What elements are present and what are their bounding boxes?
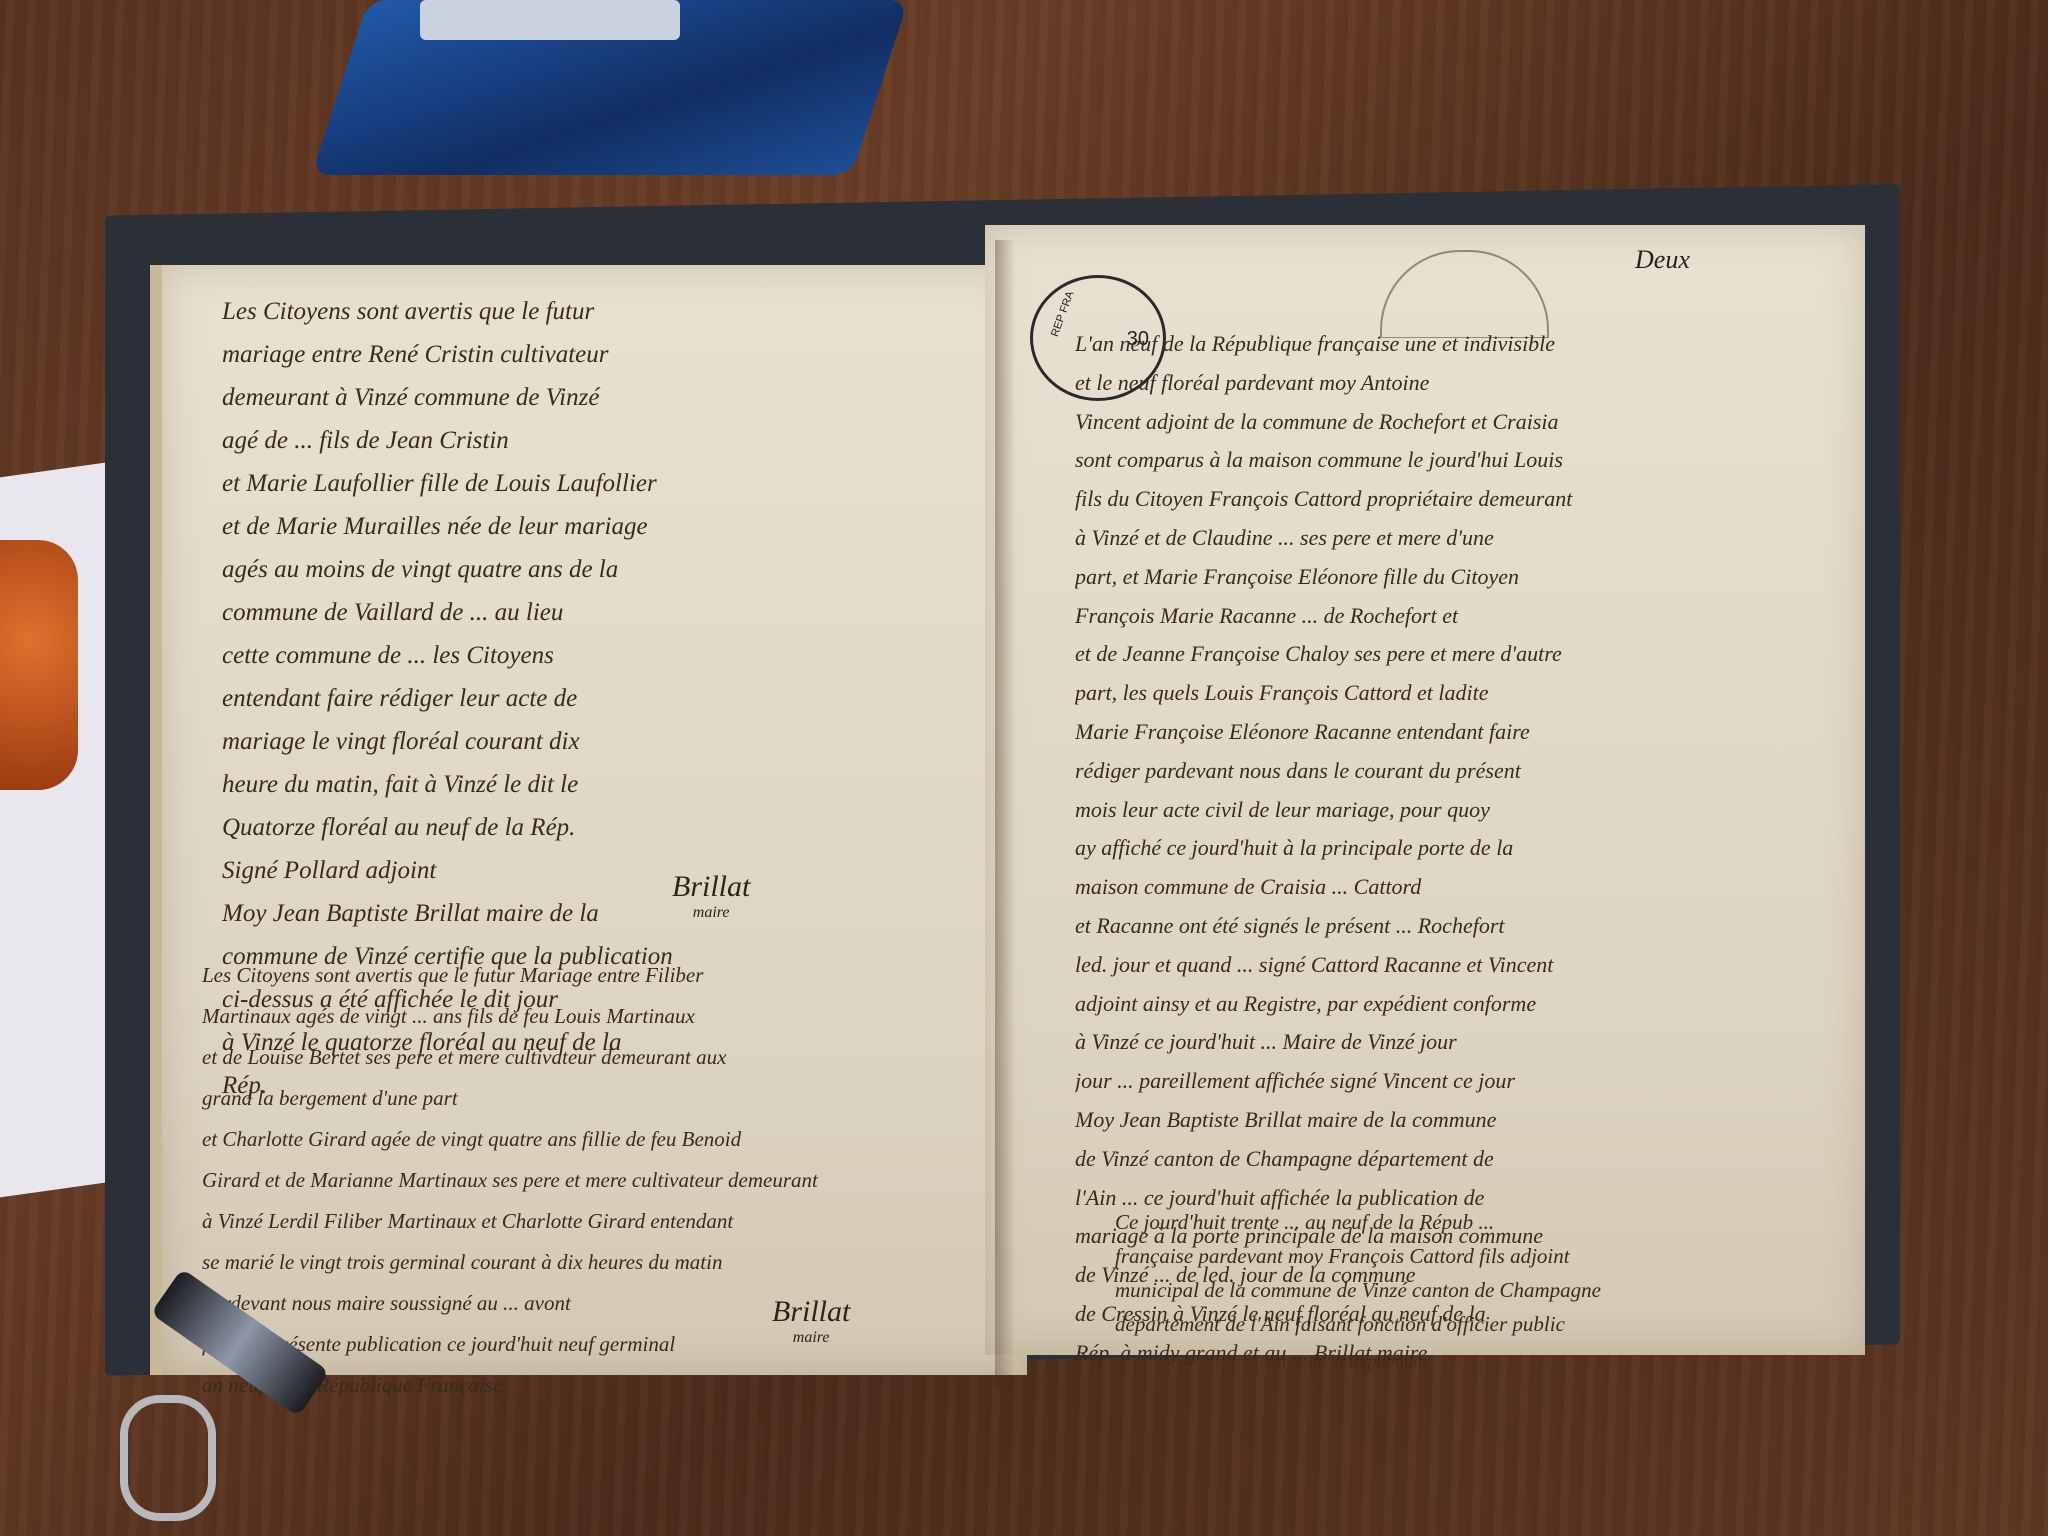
text-line: et Charlotte Girard agée de vingt quatre… bbox=[202, 1119, 987, 1160]
text-line: agé de ... fils de Jean Cristin bbox=[222, 419, 987, 462]
text-line: rédiger pardevant nous dans le courant d… bbox=[1075, 752, 1835, 791]
text-line: et Marie Laufollier fille de Louis Laufo… bbox=[222, 462, 987, 505]
text-line: Vincent adjoint de la commune de Rochefo… bbox=[1075, 403, 1835, 442]
text-line: maison commune de Craisia ... Cattord bbox=[1075, 868, 1835, 907]
text-line: Martinaux agés de vingt ... ans fils de … bbox=[202, 996, 987, 1037]
clip-metal bbox=[420, 0, 680, 40]
text-line: jour ... pareillement affichée signé Vin… bbox=[1075, 1062, 1835, 1101]
text-line: demeurant à Vinzé commune de Vinzé bbox=[222, 376, 987, 419]
text-line: municipal de la commune de Vinzé canton … bbox=[1115, 1273, 1855, 1307]
text-line: heure du matin, fait à Vinzé le dit le bbox=[222, 763, 987, 806]
text-line: part, les quels Louis François Cattord e… bbox=[1075, 674, 1835, 713]
text-line: mariage le vingt floréal courant dix bbox=[222, 720, 987, 763]
text-line: François Marie Racanne ... de Rochefort … bbox=[1075, 597, 1835, 636]
text-line: Moy Jean Baptiste Brillat maire de la co… bbox=[1075, 1101, 1835, 1140]
text-line: Moy Jean Baptiste Brillat maire de la bbox=[222, 892, 987, 935]
text-line: adjoint ainsy et au Registre, par expédi… bbox=[1075, 985, 1835, 1024]
text-line: et Racanne ont été signés le présent ...… bbox=[1075, 907, 1835, 946]
text-line: département de l'Ain faisant fonction d'… bbox=[1115, 1307, 1855, 1341]
text-line: L'an neuf de la République française une… bbox=[1075, 325, 1835, 364]
text-line: ay affiché ce jourd'huit à la principale… bbox=[1075, 829, 1835, 868]
text-line: de Vinzé canton de Champagne département… bbox=[1075, 1140, 1835, 1179]
page-marker: Deux bbox=[1635, 245, 1690, 275]
text-line: à Vinzé Lerdil Filiber Martinaux et Char… bbox=[202, 1201, 987, 1242]
right-entry-2: Ce jourd'huit trente ... au neuf de la R… bbox=[1115, 1205, 1855, 1341]
text-line: commune de Vaillard de ... au lieu bbox=[222, 591, 987, 634]
text-line: Girard et de Marianne Martinaux ses pere… bbox=[202, 1160, 987, 1201]
binder-clip bbox=[120, 1295, 320, 1495]
text-line: sont comparus à la maison commune le jou… bbox=[1075, 441, 1835, 480]
text-line: led. jour et quand ... signé Cattord Rac… bbox=[1075, 946, 1835, 985]
text-line: mois leur acte civil de leur mariage, po… bbox=[1075, 791, 1835, 830]
text-line: grand la bergement d'une part bbox=[202, 1078, 987, 1119]
text-line: Marie Françoise Eléonore Racanne entenda… bbox=[1075, 713, 1835, 752]
text-line: mariage entre René Cristin cultivateur bbox=[222, 333, 987, 376]
text-line: Quatorze floréal au neuf de la Rép. bbox=[222, 806, 987, 849]
text-line: entendant faire rédiger leur acte de bbox=[222, 677, 987, 720]
text-line: Ce jourd'huit trente ... au neuf de la R… bbox=[1115, 1205, 1855, 1239]
text-line: part, et Marie Françoise Eléonore fille … bbox=[1075, 558, 1835, 597]
text-line: se marié le vingt trois germinal courant… bbox=[202, 1242, 987, 1283]
book-gutter bbox=[995, 240, 1015, 1390]
text-line: et le neuf floréal pardevant moy Antoine bbox=[1075, 364, 1835, 403]
text-line: et de Marie Murailles née de leur mariag… bbox=[222, 505, 987, 548]
signature: Brillat maire bbox=[672, 870, 750, 922]
left-page: Les Citoyens sont avertis que le futur m… bbox=[150, 265, 1027, 1375]
text-line: Les Citoyens sont avertis que le futur bbox=[222, 290, 987, 333]
underpage-line: ... an ... de la République bbox=[1250, 1340, 1650, 1383]
text-line: française pardevant moy François Cattord… bbox=[1115, 1239, 1855, 1273]
text-line: fils du Citoyen François Cattord proprié… bbox=[1075, 480, 1835, 519]
text-line: cette commune de ... les Citoyens bbox=[222, 634, 987, 677]
text-line: agés au moins de vingt quatre ans de la bbox=[222, 548, 987, 591]
orange-purse bbox=[0, 540, 78, 790]
text-line: à Vinzé et de Claudine ... ses pere et m… bbox=[1075, 519, 1835, 558]
text-line: et de Jeanne Françoise Chaloy ses pere e… bbox=[1075, 635, 1835, 674]
text-line: et de Louise Bertet ses pere et mere cul… bbox=[202, 1037, 987, 1078]
text-line: à Vinzé ce jourd'huit ... Maire de Vinzé… bbox=[1075, 1023, 1835, 1062]
text-line: Signé Pollard adjoint bbox=[222, 849, 987, 892]
signature: Brillat maire bbox=[772, 1295, 850, 1347]
text-line: Les Citoyens sont avertis que le futur M… bbox=[202, 955, 987, 996]
